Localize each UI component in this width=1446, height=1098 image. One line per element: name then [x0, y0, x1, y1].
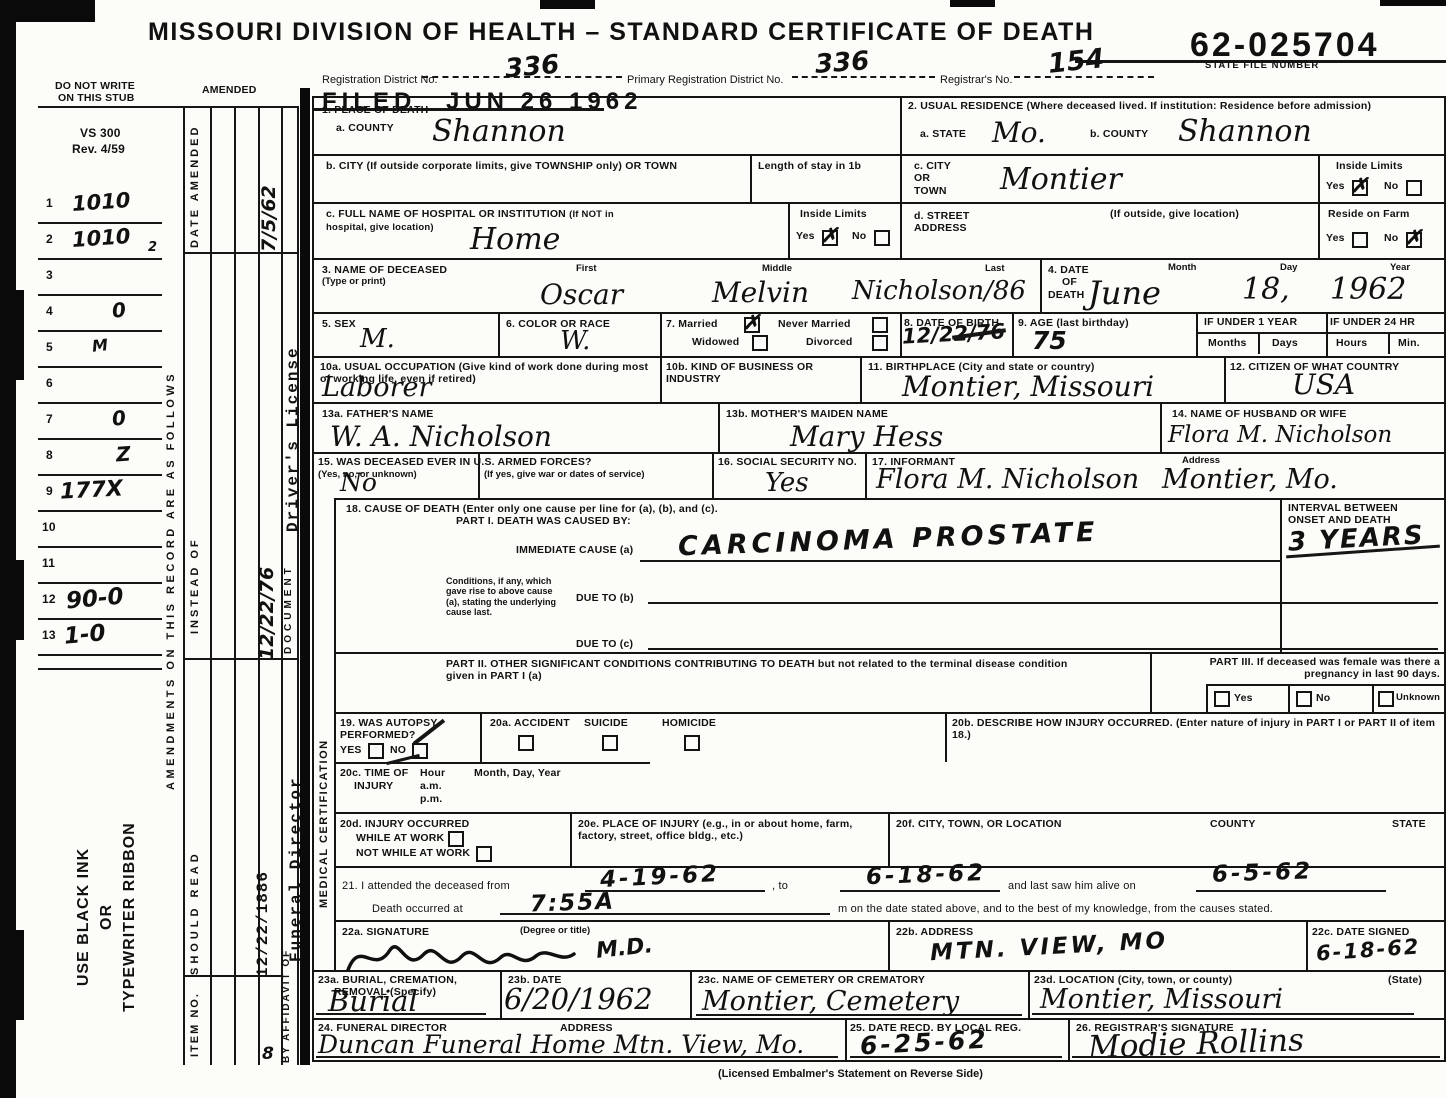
amended-label: AMENDED: [202, 84, 257, 96]
fill-line: [648, 648, 1438, 650]
fill-line: [1014, 76, 1154, 78]
residence-city-label: c. CITY OR TOWN: [914, 160, 960, 197]
injury-place-label: 20e. PLACE OF INJURY (e.g., in or about …: [578, 818, 878, 843]
divider: [38, 222, 162, 224]
stub-row-num: 11: [42, 556, 55, 570]
fill-line: [316, 1013, 486, 1015]
armed-forces-value: No: [340, 468, 377, 497]
should-read-value: 12/22/1886: [254, 871, 272, 977]
fill-line: [640, 560, 1282, 562]
attended-suffix: m on the date stated above, and to the b…: [838, 903, 1273, 916]
stub-row-num: 2: [46, 232, 53, 246]
never-married-label: Never Married: [778, 318, 851, 330]
stub-row-num: 5: [46, 340, 53, 354]
primary-district-label: Primary Registration District No.: [627, 74, 783, 86]
residence-state-value: Mo.: [992, 116, 1046, 149]
document-label: DOCUMENT: [283, 564, 295, 654]
accident-label: 20a. ACCIDENT: [490, 717, 570, 729]
fill-line: [1196, 890, 1386, 892]
divider: [38, 546, 162, 548]
stub-row-num: 3: [46, 268, 53, 282]
name-sub-label: (Type or print): [322, 277, 386, 288]
date-amended-value: 7/5/62: [258, 185, 280, 252]
signature-address-label: 22b. ADDRESS: [896, 926, 973, 938]
stub-row-value: 1-0: [63, 620, 107, 650]
homicide-checkbox: [684, 735, 700, 751]
farm-yes-checkbox: [1352, 232, 1368, 248]
pregnancy-unknown-checkbox: [1378, 691, 1394, 707]
date-of-death-label: 4. DATE OF DEATH: [1048, 264, 1089, 301]
residence-inside-yes-checkbox: [1352, 180, 1368, 196]
place-inside-no-checkbox: [874, 230, 890, 246]
father-label: 13a. FATHER'S NAME: [322, 408, 434, 420]
ssn-value: Yes: [765, 468, 809, 498]
armed-forces-sub2: (If yes, give war or dates of service): [484, 470, 645, 481]
race-label: 6. COLOR OR RACE: [506, 318, 610, 330]
death-month-value: June: [1088, 274, 1161, 312]
divider: [183, 106, 185, 1065]
days-label: Days: [1272, 337, 1298, 349]
divider: [1258, 332, 1260, 354]
stub-row-value: 0: [111, 405, 127, 430]
name-label: 3. NAME OF DECEASED: [322, 264, 447, 276]
death-occurred-label: Death occurred at: [372, 903, 463, 916]
stub-row-num: 1: [46, 196, 53, 210]
stub-row-num: 10: [42, 520, 56, 534]
stub-row-num: 6: [46, 376, 53, 390]
pregnancy-unknown-label: Unknown: [1396, 692, 1440, 703]
stub-row-num: 7: [46, 412, 53, 426]
divorced-label: Divorced: [806, 336, 853, 348]
stub-row-num: 4: [46, 304, 53, 318]
divider: [38, 668, 162, 670]
cause-label: 18. CAUSE OF DEATH (Enter only one cause…: [346, 503, 718, 515]
cemetery-label: 23c. NAME OF CEMETERY OR CREMATORY: [698, 974, 925, 986]
divider: [38, 366, 162, 368]
injury-work-label: 20d. INJURY OCCURRED: [340, 818, 469, 830]
reside-farm-label: Reside on Farm: [1328, 208, 1410, 220]
reg-district-value: 336: [504, 50, 561, 85]
stub-row-value: 0: [111, 297, 127, 322]
stub-row-num: 12: [42, 592, 56, 606]
medical-certification-label: MEDICAL CERTIFICATION: [318, 739, 331, 908]
age-value: 75: [1032, 326, 1067, 355]
autopsy-yes-checkbox: [368, 743, 384, 759]
part1-label: PART I. DEATH WAS CAUSED BY:: [456, 515, 631, 527]
farm-yes-label: Yes: [1326, 232, 1345, 244]
middle-name-value: Melvin: [712, 276, 809, 309]
injury-county-label: COUNTY: [1210, 818, 1256, 830]
dod-l3: DEATH: [1048, 289, 1089, 301]
scan-artifact: [540, 0, 595, 9]
hour-label: Hour: [420, 767, 445, 779]
divider: [38, 474, 162, 476]
sex-value: M.: [360, 324, 395, 354]
place-inside-yes-label: Yes: [796, 230, 815, 242]
cemetery-state-label: (State): [1388, 974, 1422, 986]
last-saw-value: 6-5-62: [1212, 858, 1314, 888]
scan-artifact: [16, 290, 24, 380]
sex-label: 5. SEX: [322, 318, 356, 330]
first-name-value: Oscar: [540, 278, 623, 311]
affidavit-label: BY AFFIDAVIT OF: [281, 949, 293, 1063]
do-not-write-line1: DO NOT WRITE: [55, 80, 135, 92]
dod-l1: 4. DATE: [1048, 264, 1089, 276]
divider: [38, 402, 162, 404]
fill-line: [840, 890, 1000, 892]
farm-no-label: No: [1384, 232, 1398, 244]
scan-artifact: [16, 930, 24, 1020]
spouse-label: 14. NAME OF HUSBAND OR WIFE: [1172, 408, 1347, 420]
place-county-value: Shannon: [432, 114, 566, 149]
ink-line2: OR: [95, 772, 118, 1062]
autopsy-no-label: NO: [390, 744, 406, 756]
ink-line3: TYPEWRITER RIBBON: [118, 772, 141, 1062]
registrar-signature-value: Modie Rollins: [1087, 1022, 1304, 1066]
immediate-cause-label: IMMEDIATE CAUSE (a): [516, 544, 633, 556]
last-name-value: Nicholson/86: [852, 276, 1026, 306]
while-at-work-checkbox: [448, 831, 464, 847]
race-value: W.: [560, 326, 590, 356]
attended-to-label: , to: [772, 880, 788, 893]
suicide-checkbox: [602, 735, 618, 751]
autopsy-yes-label: YES: [340, 744, 362, 756]
hospital-value: Home: [470, 222, 560, 257]
while-at-work-label: WHILE AT WORK: [356, 832, 444, 844]
street-address-label: d. STREET ADDRESS: [914, 210, 984, 235]
affidavit-value: Funeral Director: [287, 776, 305, 962]
place-inside-limits-label: Inside Limits: [800, 208, 867, 220]
document-value: Driver's License: [284, 346, 302, 532]
stub-item-no-value: 8: [262, 1044, 274, 1064]
stub-row-value: M: [91, 335, 109, 356]
informant-value: Flora M. Nicholson: [876, 464, 1139, 495]
pregnancy-yes-label: Yes: [1234, 692, 1253, 704]
pregnancy-yes-checkbox: [1214, 691, 1230, 707]
stub-row-note: 2: [148, 240, 157, 255]
street-note: (If outside, give location): [1110, 208, 1239, 220]
do-not-write-label: DO NOT WRITE ON THIS STUB: [55, 80, 135, 105]
residence-county-value: Shannon: [1178, 114, 1312, 149]
fill-line: [500, 913, 830, 915]
residence-state-label: a. STATE: [920, 128, 966, 140]
birthplace-value: Montier, Missouri: [902, 370, 1154, 403]
min-label: Min.: [1398, 337, 1420, 349]
stub-row-value: 1010: [71, 188, 131, 216]
divider: [38, 330, 162, 332]
first-label: First: [576, 264, 597, 275]
stub-row-value: 90-0: [65, 584, 125, 615]
last-saw-label: and last saw him alive on: [1008, 880, 1136, 893]
death-year-value: 1962: [1330, 272, 1406, 307]
father-value: W. A. Nicholson: [330, 420, 552, 453]
fill-line: [316, 1056, 838, 1058]
residence-label: 2. USUAL RESIDENCE (Where deceased lived…: [908, 100, 1442, 112]
scan-artifact: [0, 0, 16, 1098]
hospital-label-text: c. FULL NAME OF HOSPITAL OR INSTITUTION: [326, 208, 566, 220]
place-of-death-label: 1. PLACE OF DEATH: [322, 104, 428, 116]
injury-state-label: STATE: [1392, 818, 1426, 830]
place-inside-yes-checkbox: [822, 230, 838, 246]
residence-county-label: b. COUNTY: [1090, 128, 1148, 140]
item-no-label: ITEM NO.: [189, 992, 202, 1057]
married-label: 7. Married: [666, 318, 718, 330]
divider: [183, 252, 299, 254]
inside-limits-no-label: No: [1384, 180, 1398, 192]
last-label: Last: [985, 264, 1005, 275]
armed-forces-label: 15. WAS DECEASED EVER IN U.S. ARMED FORC…: [318, 456, 592, 468]
due-to-c-label: DUE TO (c): [576, 638, 633, 650]
stub-row-value: 1010: [71, 224, 131, 252]
widowed-label: Widowed: [692, 336, 739, 348]
hours-label: Hours: [1336, 337, 1367, 349]
pregnancy-no-checkbox: [1296, 691, 1312, 707]
stub-row-value: Z: [115, 442, 131, 467]
divider: [38, 294, 162, 296]
place-inside-no-label: No: [852, 230, 866, 242]
divider: [38, 654, 162, 656]
city-town-label: b. CITY (If outside corporate limits, gi…: [326, 160, 726, 172]
fill-line: [1072, 1056, 1440, 1058]
date-amended-label: DATE AMENDED: [189, 125, 202, 248]
not-while-at-work-checkbox: [476, 846, 492, 862]
attended-to-value: 6-18-62: [866, 860, 987, 890]
document-title: MISSOURI DIVISION OF HEALTH – STANDARD C…: [148, 18, 1094, 47]
fill-line: [696, 1014, 1022, 1016]
death-certificate-scan: MISSOURI DIVISION OF HEALTH – STANDARD C…: [0, 0, 1446, 1098]
registrar-no-label: Registrar's No.: [940, 74, 1012, 86]
part2-label: PART II. OTHER SIGNIFICANT CONDITIONS CO…: [446, 658, 1086, 683]
informant-address-value: Montier, Mo.: [1162, 464, 1338, 495]
homicide-label: HOMICIDE: [662, 717, 716, 729]
farm-no-checkbox: [1406, 232, 1422, 248]
injury-desc-label: 20b. DESCRIBE HOW INJURY OCCURRED. (Ente…: [952, 717, 1440, 742]
use-black-ink-note: USE BLACK INK OR TYPEWRITER RIBBON: [72, 772, 141, 1062]
amendments-label: AMENDMENTS ON THIS RECORD ARE AS FOLLOWS: [165, 371, 178, 790]
should-read-label: SHOULD READ: [189, 850, 202, 975]
pm-label: p.m.: [420, 793, 442, 805]
stub-row-num: 8: [46, 448, 53, 462]
married-checkbox: [744, 317, 760, 333]
divider: [38, 258, 162, 260]
fill-line: [648, 602, 1438, 604]
death-day-value: 18,: [1242, 272, 1290, 307]
never-married-checkbox: [872, 317, 888, 333]
middle-label: Middle: [762, 264, 792, 275]
funeral-director-value: Duncan Funeral Home Mtn. View, Mo.: [318, 1030, 804, 1059]
attended-prefix: 21. I attended the deceased from: [342, 880, 510, 893]
am-label: a.m.: [420, 780, 442, 792]
divorced-checkbox: [872, 335, 888, 351]
accident-checkbox: [518, 735, 534, 751]
divider: [38, 438, 162, 440]
inside-limits-yes-label: Yes: [1326, 180, 1345, 192]
registrar-no-value: 154: [1047, 43, 1106, 80]
scan-artifact: [16, 560, 24, 640]
under1-label: IF UNDER 1 YEAR: [1204, 316, 1297, 328]
ink-line1: USE BLACK INK: [72, 772, 95, 1062]
months-label: Months: [1208, 337, 1247, 349]
divider: [478, 452, 480, 498]
ssn-label: 16. SOCIAL SECURITY NO.: [718, 456, 857, 468]
divider: [210, 106, 212, 1065]
injury-time-label2: INJURY: [354, 780, 393, 792]
divider: [38, 510, 162, 512]
scan-artifact: [1380, 0, 1446, 6]
industry-label: 10b. KIND OF BUSINESS OR INDUSTRY: [666, 361, 856, 386]
injury-time-label1: 20c. TIME OF: [340, 767, 408, 779]
form-number: VS 300: [80, 126, 121, 140]
mdy-label: Month, Day, Year: [474, 767, 561, 779]
scan-artifact: [950, 0, 995, 7]
stub-row-num: 13: [42, 628, 56, 642]
residence-city-value: Montier: [1000, 162, 1122, 197]
conditions-note: Conditions, if any, which gave rise to a…: [446, 576, 568, 617]
under24-label: IF UNDER 24 HR: [1330, 316, 1415, 328]
instead-of-value: 12/22/76: [256, 567, 278, 660]
due-to-b-label: DUE TO (b): [576, 592, 634, 604]
injury-city-label: 20f. CITY, TOWN, OR LOCATION: [896, 818, 1062, 830]
not-while-at-work-label: NOT WHILE AT WORK: [356, 847, 470, 859]
cemetery-location-value: Montier, Missouri: [1040, 984, 1283, 1015]
form-revision: Rev. 4/59: [72, 142, 125, 156]
divider: [183, 658, 299, 660]
citizen-value: USA: [1292, 368, 1355, 401]
widowed-checkbox: [752, 335, 768, 351]
instead-of-label: INSTEAD OF: [189, 537, 202, 634]
spouse-value: Flora M. Nicholson: [1168, 422, 1392, 448]
pregnancy-no-label: No: [1316, 692, 1330, 704]
burial-date-value: 6/20/1962: [504, 982, 653, 1016]
divider: [38, 582, 162, 584]
place-county-label: a. COUNTY: [336, 122, 394, 134]
state-file-label: STATE FILE NUMBER: [1205, 60, 1319, 71]
inside-limits-label: Inside Limits: [1336, 160, 1403, 172]
divider: [234, 106, 236, 1065]
cemetery-value: Montier, Cemetery: [702, 986, 959, 1017]
do-not-write-line2: ON THIS STUB: [58, 92, 135, 104]
occupation-value: Laborer: [322, 372, 431, 403]
reg-district-label: Registration District No.: [322, 74, 438, 86]
month-label: Month: [1168, 263, 1197, 274]
divider: [1388, 332, 1390, 354]
primary-district-value: 336: [814, 46, 870, 80]
fill-line: [850, 1056, 1062, 1058]
mother-label: 13b. MOTHER'S MAIDEN NAME: [726, 408, 888, 420]
residence-inside-no-checkbox: [1406, 180, 1422, 196]
mother-value: Mary Hess: [790, 420, 943, 453]
length-of-stay-label: Length of stay in 1b: [758, 160, 861, 172]
dod-l2: OF: [1062, 276, 1089, 288]
part3-label: PART III. If deceased was female was the…: [1158, 656, 1440, 681]
divider: [1196, 332, 1446, 334]
embalmer-footer: (Licensed Embalmer's Statement on Revers…: [718, 1068, 983, 1080]
stub-row-num: 9: [46, 484, 53, 498]
fill-line: [1032, 1013, 1414, 1015]
suicide-label: SUICIDE: [584, 717, 628, 729]
stub-row-value: 177X: [59, 476, 123, 504]
